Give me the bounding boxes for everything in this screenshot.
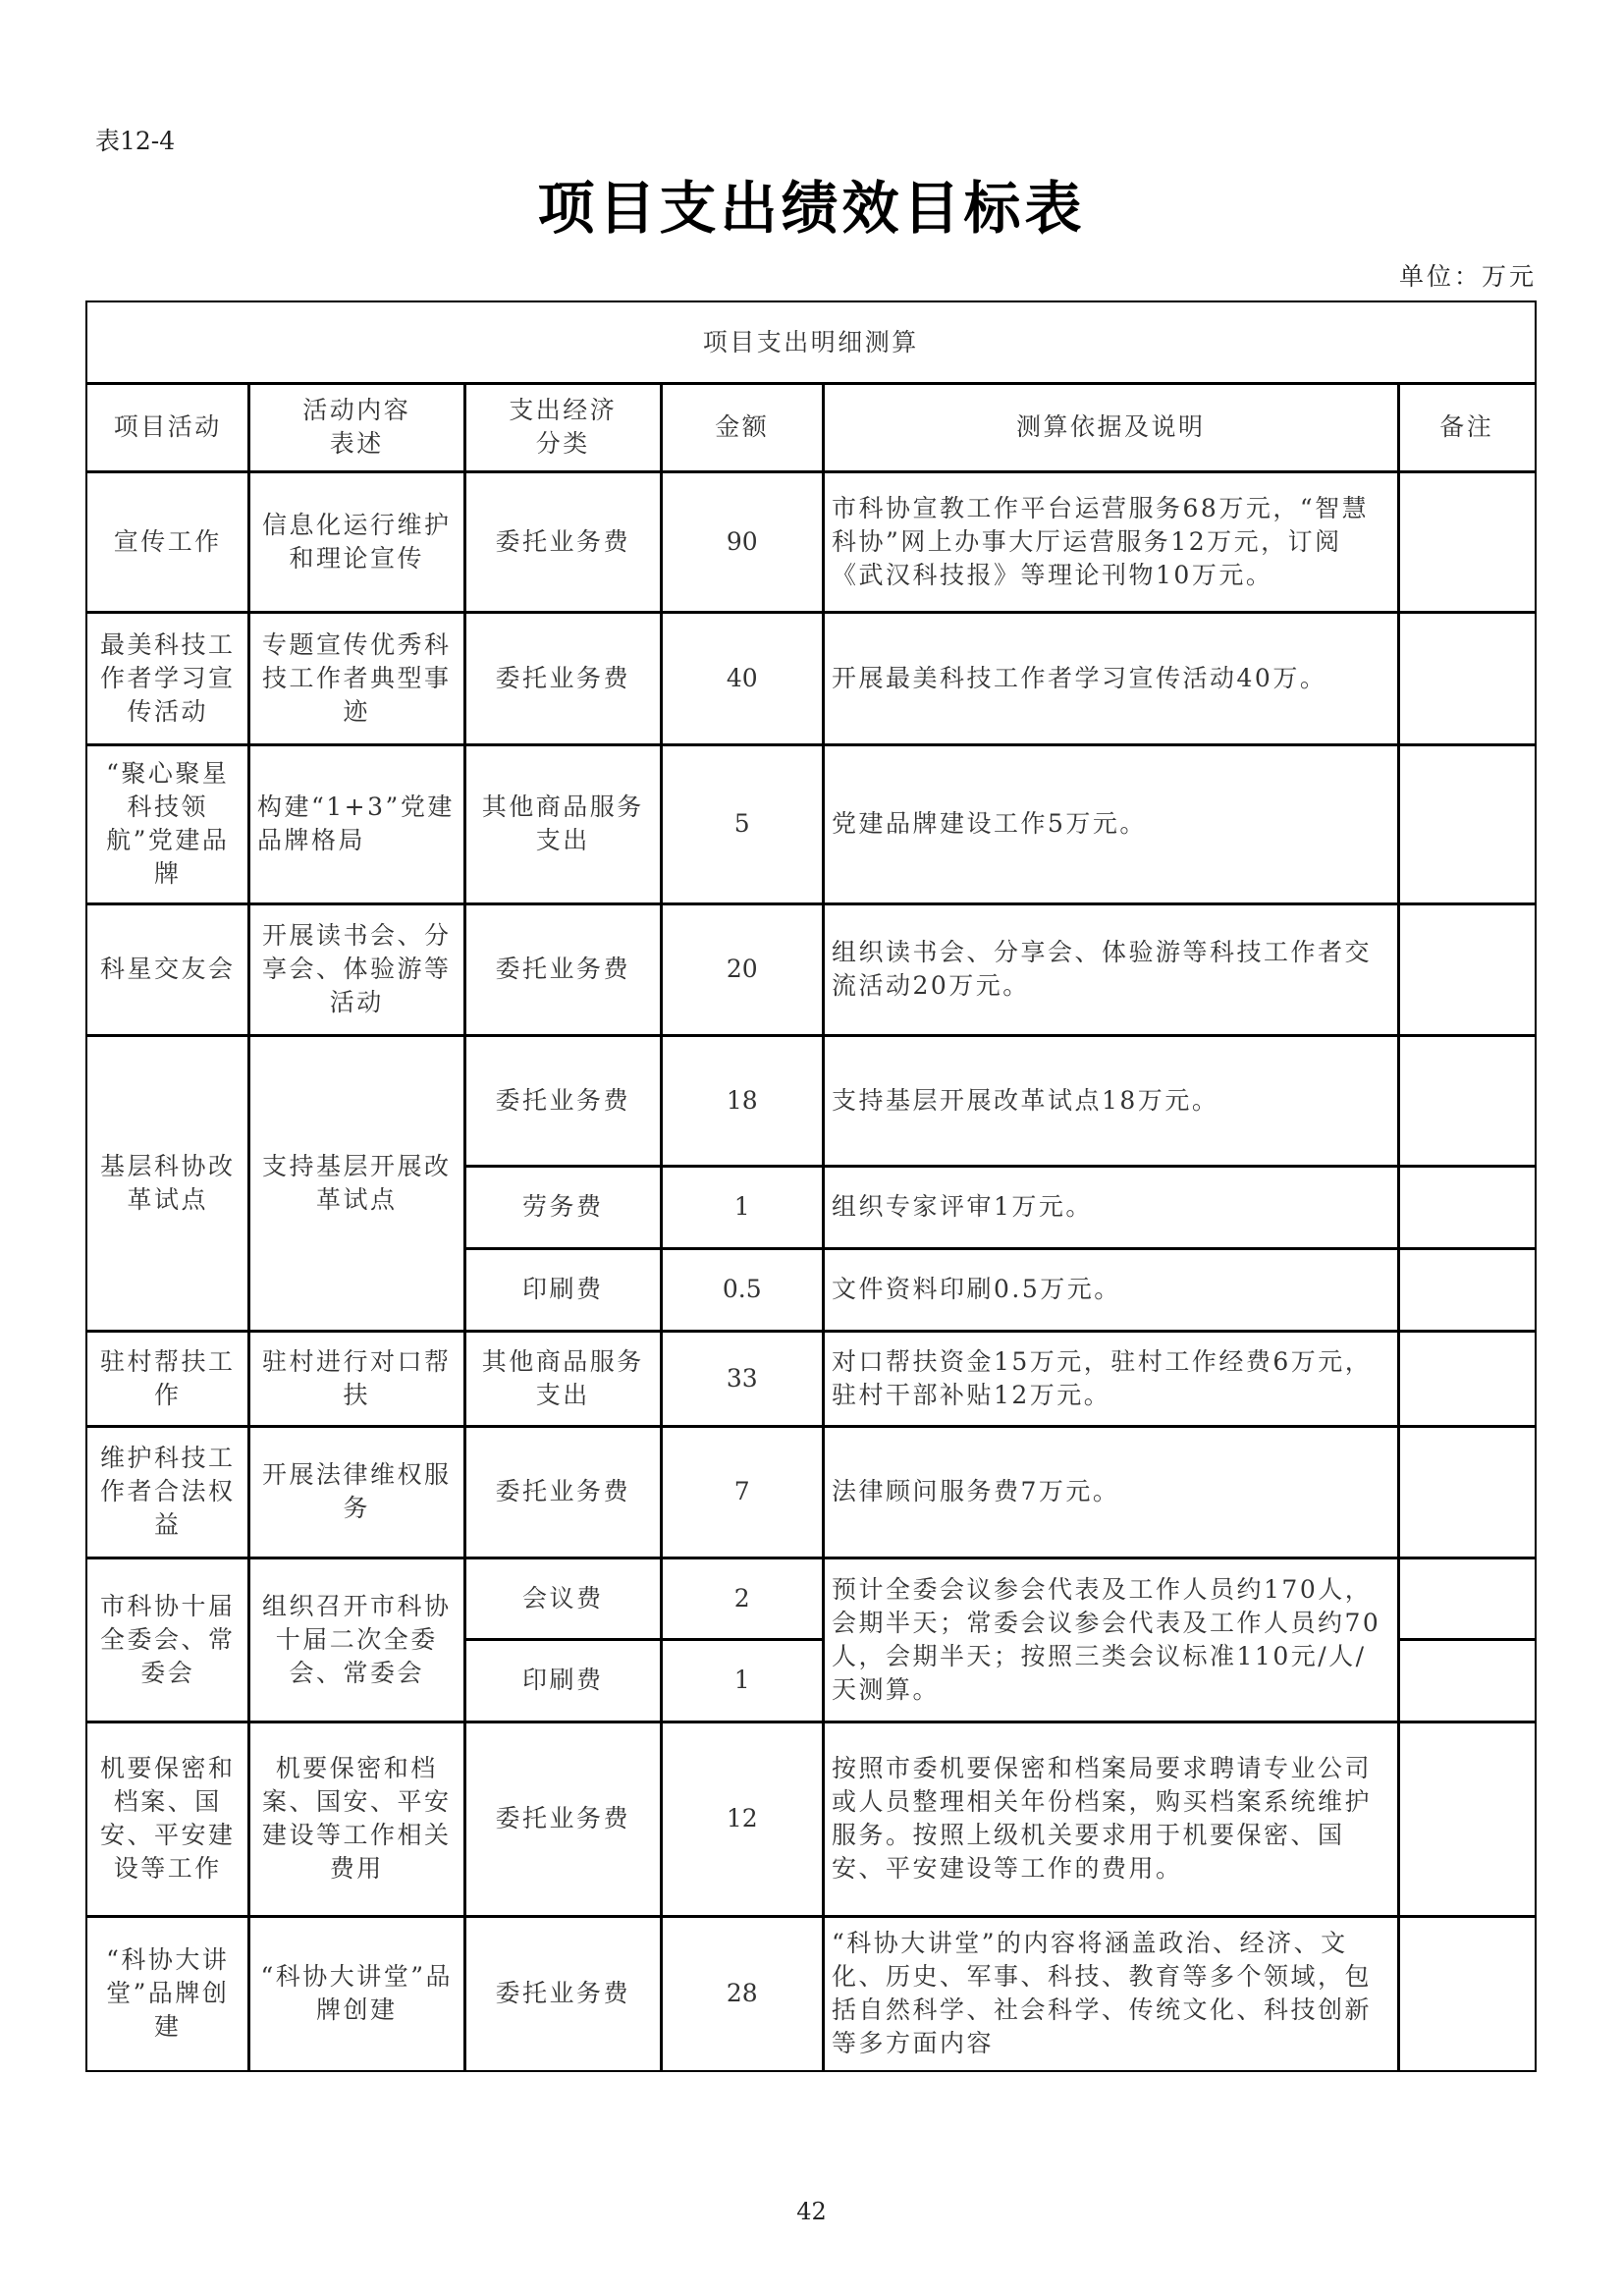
content-cell: 组织召开市科协十届二次全委会、常委会: [247, 1557, 466, 1723]
category-cell-text: 印刷费: [471, 1664, 655, 1697]
amount-cell: 20: [660, 902, 825, 1037]
activity-cell-text: 最美科技工作者学习宣传活动: [93, 629, 243, 729]
basis-cell: 文件资料印刷0.5万元。: [822, 1247, 1400, 1333]
amount-cell: 0.5: [660, 1247, 825, 1333]
activity-cell: 最美科技工作者学习宣传活动: [85, 611, 250, 746]
category-cell-text: 劳务费: [471, 1190, 655, 1224]
amount-cell: 33: [660, 1330, 825, 1428]
basis-cell-text: 党建品牌建设工作5万元。: [832, 807, 1392, 841]
category-cell-text: 印刷费: [471, 1273, 655, 1306]
header-activity-text: 项目活动: [93, 410, 243, 444]
category-cell: 印刷费: [463, 1247, 663, 1333]
category-cell-text: 委托业务费: [471, 953, 655, 986]
content-cell: “科协大讲堂”品牌创建: [247, 1915, 466, 2072]
section-title-cell: 项目支出明细测算: [85, 301, 1537, 385]
amount-cell: 18: [660, 1034, 825, 1168]
amount-cell-text: 7: [668, 1475, 817, 1508]
table-number: 表12-4: [95, 122, 175, 157]
content-cell: 驻村进行对口帮扶: [247, 1330, 466, 1428]
category-cell: 委托业务费: [463, 1034, 663, 1168]
activity-cell: 机要保密和档案、国安、平安建设等工作: [85, 1721, 250, 1918]
content-cell: 构建“1+3”党建品牌格局: [247, 743, 466, 905]
amount-cell: 1: [660, 1638, 825, 1723]
basis-cell-text: 市科协宣教工作平台运营服务68万元，“智慧科协”网上办事大厅运营服务12万元，订…: [832, 492, 1392, 592]
header-remark-text: 备注: [1405, 410, 1529, 444]
basis-cell-text: 按照市委机要保密和档案局要求聘请专业公司或人员整理相关年份档案，购买档案系统维护…: [832, 1752, 1392, 1886]
category-cell-text: 委托业务费: [471, 1084, 655, 1118]
basis-cell: 组织读书会、分享会、体验游等科技工作者交流活动20万元。: [822, 902, 1400, 1037]
basis-cell: 按照市委机要保密和档案局要求聘请专业公司或人员整理相关年份档案，购买档案系统维护…: [822, 1721, 1400, 1918]
remark-cell: [1397, 1165, 1537, 1250]
header-category-text: 支出经济 分类: [471, 394, 655, 461]
category-cell-text: 其他商品服务支出: [471, 791, 655, 857]
header-basis-text: 测算依据及说明: [830, 410, 1392, 444]
document-title: 项目支出绩效目标表: [0, 162, 1623, 245]
content-cell-text: 驻村进行对口帮扶: [255, 1345, 459, 1412]
activity-cell: 基层科协改革试点: [85, 1034, 250, 1333]
category-cell-text: 委托业务费: [471, 1802, 655, 1835]
content-cell: 开展读书会、分享会、体验游等活动: [247, 902, 466, 1037]
category-cell-text: 委托业务费: [471, 1475, 655, 1508]
basis-cell: 支持基层开展改革试点18万元。: [822, 1034, 1400, 1168]
amount-cell: 28: [660, 1915, 825, 2072]
page-number: 42: [0, 2198, 1623, 2225]
content-cell-text: 机要保密和档案、国安、平安建设等工作相关费用: [255, 1752, 459, 1886]
category-cell: 其他商品服务支出: [463, 743, 663, 905]
activity-cell-text: “聚心聚星科技领航”党建品牌: [93, 757, 243, 891]
remark-cell: [1397, 1034, 1537, 1168]
amount-cell: 12: [660, 1721, 825, 1918]
remark-cell: [1397, 1915, 1537, 2072]
content-cell-text: 信息化运行维护和理论宣传: [255, 509, 459, 575]
remark-cell: [1397, 1330, 1537, 1428]
category-cell-text: 委托业务费: [471, 662, 655, 695]
category-cell: 委托业务费: [463, 902, 663, 1037]
amount-cell: 7: [660, 1425, 825, 1559]
header-basis: 测算依据及说明: [822, 382, 1400, 473]
header-remark: 备注: [1397, 382, 1537, 473]
basis-cell-text: 法律顾问服务费7万元。: [832, 1475, 1392, 1508]
amount-cell: 5: [660, 743, 825, 905]
basis-cell-text: 支持基层开展改革试点18万元。: [832, 1084, 1392, 1118]
basis-cell-text: 预计全委会议参会代表及工作人员约170人，会期半天；常委会议参会代表及工作人员约…: [832, 1573, 1392, 1707]
basis-cell-text: 对口帮扶资金15万元，驻村工作经费6万元，驻村干部补贴12万元。: [832, 1345, 1392, 1412]
category-cell: 其他商品服务支出: [463, 1330, 663, 1428]
basis-cell: 党建品牌建设工作5万元。: [822, 743, 1400, 905]
category-cell: 委托业务费: [463, 1721, 663, 1918]
activity-cell-text: “科协大讲堂”品牌创建: [93, 1943, 243, 2044]
category-cell: 印刷费: [463, 1638, 663, 1723]
budget-table: 项目支出明细测算项目活动活动内容 表述支出经济 分类金额测算依据及说明备注宣传工…: [85, 301, 1534, 2069]
content-cell-text: 开展法律维权服务: [255, 1458, 459, 1525]
content-cell: 机要保密和档案、国安、平安建设等工作相关费用: [247, 1721, 466, 1918]
activity-cell: 宣传工作: [85, 470, 250, 614]
activity-cell-text: 宣传工作: [93, 525, 243, 559]
category-cell: 会议费: [463, 1557, 663, 1641]
content-cell-text: 构建“1+3”党建品牌格局: [257, 791, 459, 857]
remark-cell: [1397, 1247, 1537, 1333]
amount-cell-text: 40: [668, 662, 817, 695]
category-cell-text: 委托业务费: [471, 525, 655, 559]
basis-cell: 开展最美科技工作者学习宣传活动40万。: [822, 611, 1400, 746]
remark-cell: [1397, 611, 1537, 746]
amount-cell: 90: [660, 470, 825, 614]
basis-cell: 对口帮扶资金15万元，驻村工作经费6万元，驻村干部补贴12万元。: [822, 1330, 1400, 1428]
amount-cell-text: 2: [668, 1582, 817, 1615]
section-title-cell-text: 项目支出明细测算: [93, 326, 1529, 359]
unit-label: 单位：万元: [1399, 257, 1537, 293]
activity-cell-text: 驻村帮扶工作: [93, 1345, 243, 1412]
activity-cell: “科协大讲堂”品牌创建: [85, 1915, 250, 2072]
activity-cell-text: 机要保密和档案、国安、平安建设等工作: [93, 1752, 243, 1886]
amount-cell: 2: [660, 1557, 825, 1641]
category-cell: 劳务费: [463, 1165, 663, 1250]
category-cell: 委托业务费: [463, 611, 663, 746]
remark-cell: [1397, 743, 1537, 905]
content-cell: 支持基层开展改革试点: [247, 1034, 466, 1333]
category-cell: 委托业务费: [463, 1425, 663, 1559]
remark-cell: [1397, 1425, 1537, 1559]
header-amount-text: 金额: [668, 410, 817, 444]
activity-cell: 驻村帮扶工作: [85, 1330, 250, 1428]
activity-cell: “聚心聚星科技领航”党建品牌: [85, 743, 250, 905]
activity-cell: 科星交友会: [85, 902, 250, 1037]
header-amount: 金额: [660, 382, 825, 473]
activity-cell: 维护科技工作者合法权益: [85, 1425, 250, 1559]
header-activity: 项目活动: [85, 382, 250, 473]
content-cell: 专题宣传优秀科技工作者典型事迹: [247, 611, 466, 746]
amount-cell-text: 20: [668, 953, 817, 986]
category-cell-text: 会议费: [471, 1582, 655, 1615]
amount-cell: 40: [660, 611, 825, 746]
amount-cell-text: 0.5: [668, 1273, 817, 1306]
header-content-text: 活动内容 表述: [255, 394, 459, 461]
basis-cell: 预计全委会议参会代表及工作人员约170人，会期半天；常委会议参会代表及工作人员约…: [822, 1557, 1400, 1723]
activity-cell-text: 市科协十届全委会、常委会: [93, 1590, 243, 1690]
category-cell: 委托业务费: [463, 470, 663, 614]
activity-cell-text: 基层科协改革试点: [93, 1150, 243, 1217]
basis-cell-text: 组织专家评审1万元。: [832, 1190, 1392, 1224]
amount-cell-text: 28: [668, 1977, 817, 2010]
basis-cell-text: 组织读书会、分享会、体验游等科技工作者交流活动20万元。: [832, 936, 1392, 1003]
activity-cell-text: 维护科技工作者合法权益: [93, 1442, 243, 1542]
remark-cell: [1397, 1557, 1537, 1641]
category-cell-text: 委托业务费: [471, 1977, 655, 2010]
amount-cell: 1: [660, 1165, 825, 1250]
basis-cell-text: 开展最美科技工作者学习宣传活动40万。: [832, 662, 1392, 695]
basis-cell: 法律顾问服务费7万元。: [822, 1425, 1400, 1559]
amount-cell-text: 12: [668, 1802, 817, 1835]
basis-cell-text: 文件资料印刷0.5万元。: [832, 1273, 1392, 1306]
basis-cell-text: “科协大讲堂”的内容将涵盖政治、经济、文化、历史、军事、科技、教育等多个领域，包…: [832, 1927, 1392, 2060]
content-cell: 开展法律维权服务: [247, 1425, 466, 1559]
content-cell-text: 组织召开市科协十届二次全委会、常委会: [255, 1590, 459, 1690]
remark-cell: [1397, 1638, 1537, 1723]
header-content: 活动内容 表述: [247, 382, 466, 473]
category-cell-text: 其他商品服务支出: [471, 1345, 655, 1412]
content-cell-text: “科协大讲堂”品牌创建: [255, 1960, 459, 2027]
amount-cell-text: 5: [668, 807, 817, 841]
activity-cell: 市科协十届全委会、常委会: [85, 1557, 250, 1723]
remark-cell: [1397, 470, 1537, 614]
content-cell-text: 专题宣传优秀科技工作者典型事迹: [255, 629, 459, 729]
header-category: 支出经济 分类: [463, 382, 663, 473]
content-cell: 信息化运行维护和理论宣传: [247, 470, 466, 614]
basis-cell: “科协大讲堂”的内容将涵盖政治、经济、文化、历史、军事、科技、教育等多个领域，包…: [822, 1915, 1400, 2072]
category-cell: 委托业务费: [463, 1915, 663, 2072]
basis-cell: 组织专家评审1万元。: [822, 1165, 1400, 1250]
amount-cell-text: 18: [668, 1084, 817, 1118]
amount-cell-text: 1: [668, 1664, 817, 1697]
amount-cell-text: 33: [668, 1362, 817, 1395]
activity-cell-text: 科星交友会: [93, 953, 243, 986]
basis-cell: 市科协宣教工作平台运营服务68万元，“智慧科协”网上办事大厅运营服务12万元，订…: [822, 470, 1400, 614]
remark-cell: [1397, 902, 1537, 1037]
amount-cell-text: 1: [668, 1190, 817, 1224]
amount-cell-text: 90: [668, 525, 817, 559]
remark-cell: [1397, 1721, 1537, 1918]
content-cell-text: 支持基层开展改革试点: [255, 1150, 459, 1217]
content-cell-text: 开展读书会、分享会、体验游等活动: [255, 919, 459, 1019]
